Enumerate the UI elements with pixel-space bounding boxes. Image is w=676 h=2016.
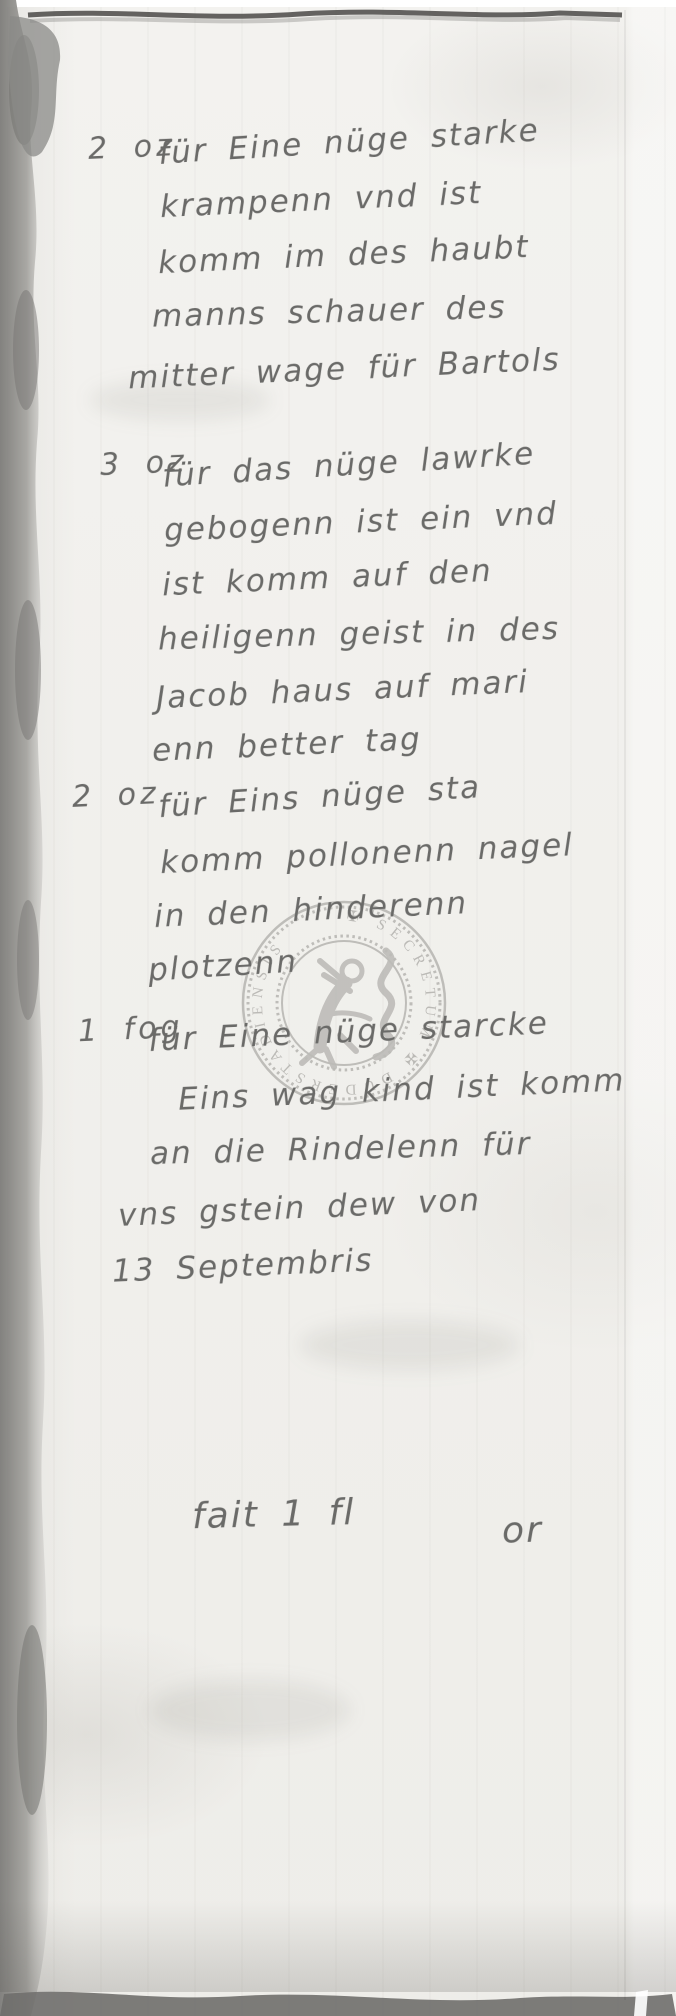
scanned-manuscript-page: { "doc": { "description": "handwritten l… [0, 0, 676, 2016]
total-amount: fait 1 fl [191, 1492, 355, 1537]
bleedthrough-smudge [150, 1680, 350, 1740]
bleedthrough-smudge [300, 1320, 520, 1370]
total-amount-unit: or [501, 1509, 543, 1551]
entry-amount: 2 oz [71, 776, 160, 815]
